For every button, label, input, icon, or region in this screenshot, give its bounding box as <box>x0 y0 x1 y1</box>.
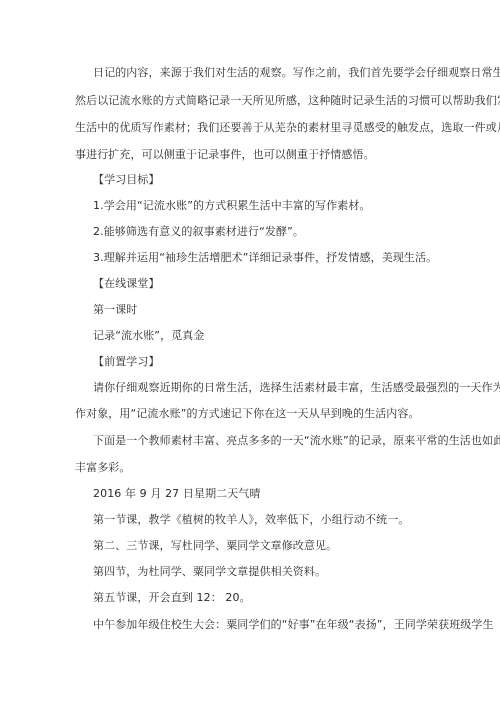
objective-item: 3.理解并运用“袖珍生活增肥术”详细记录事件，抒发情感，美现生活。 <box>93 251 437 265</box>
paragraph-line: 事进行扩充，可以侧重于记录事件，也可以侧重于抒情感悟。 <box>75 148 375 162</box>
document-page: 日记的内容，来源于我们对生活的观察。写作之前，我们首先要学会仔细观察日常生活； … <box>0 0 500 707</box>
section-heading-online-class: 【在线课堂】 <box>93 277 160 291</box>
objective-item: 2.能够筛选有意义的叙事素材进行“发酵”。 <box>93 225 304 239</box>
paragraph-line: 下面是一个教师素材丰富、亮点多多的一天“流水账”的记录，原来平常的生活也如此 <box>93 434 500 448</box>
paragraph-line: 作对象，用“记流水账”的方式速记下你在这一天从早到晚的生活内容。 <box>75 407 420 421</box>
section-heading-objectives: 【学习目标】 <box>93 173 160 187</box>
objective-item: 1.学会用“记流水账”的方式积累生活中丰富的写作素材。 <box>93 199 371 213</box>
diary-entry: 中午参加年级住校生大会：粟同学们的“好事”在年级“表扬”，王同学荣获班级学生 <box>93 618 494 632</box>
paragraph-line: 然后以记流水账的方式简略记录一天所见所感，这种随时记录生活的习惯可以帮助我们发现 <box>75 94 500 108</box>
diary-date-line: 2016 年 9 月 27 日星期二天气晴 <box>93 487 261 501</box>
diary-entry: 第一节课，教学《植树的牧羊人》，效率低下，小组行动不统一。 <box>93 513 409 527</box>
diary-entry: 第五节课，开会直到 12： 20。 <box>93 591 251 605</box>
lesson-label: 第一课时 <box>93 303 137 317</box>
lesson-subtitle: 记录“流水账”，觅真金 <box>93 329 205 343</box>
paragraph-line: 日记的内容，来源于我们对生活的观察。写作之前，我们首先要学会仔细观察日常生活； <box>93 66 500 80</box>
section-heading-preview: 【前置学习】 <box>93 355 160 369</box>
paragraph-line: 生活中的优质写作素材；我们还要善于从芜杂的素材里寻觅感受的触发点，选取一件或几件 <box>75 121 500 135</box>
diary-entry: 第二、三节课，写杜同学、粟同学文章修改意见。 <box>93 539 337 553</box>
paragraph-line: 丰富多彩。 <box>75 461 131 475</box>
diary-entry: 第四节，为杜同学、粟同学文章提供相关资料。 <box>93 565 326 579</box>
paragraph-line: 请你仔细观察近期你的日常生活，选择生活素材最丰富，生活感受最强烈的一天作为写 <box>93 381 500 395</box>
